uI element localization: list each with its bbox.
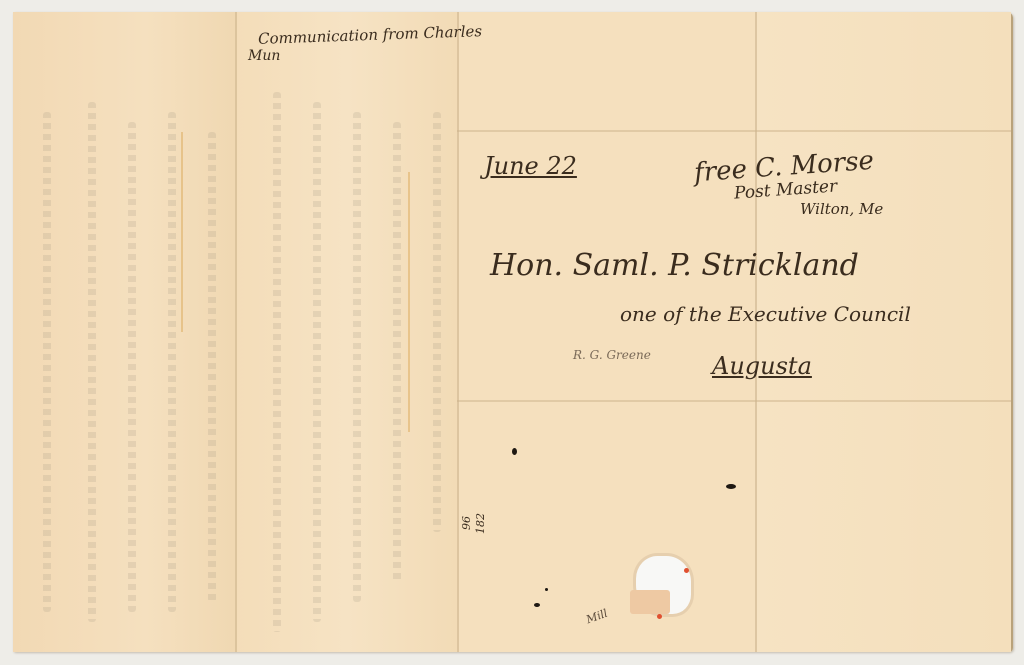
pencil-note: R. G. Greene: [573, 348, 651, 362]
fold-line: [457, 400, 1011, 402]
right-panel: [755, 12, 1011, 652]
bleed-through-text: [353, 112, 361, 602]
bleed-through-text: [313, 102, 321, 622]
archive-number-1: 96: [460, 516, 473, 530]
bleed-through-text: [273, 92, 281, 632]
letter-sheet: [13, 12, 1013, 652]
repair-patch: [630, 590, 670, 614]
bleed-through-text: [88, 102, 96, 622]
bleed-through-text: [128, 122, 136, 612]
date: June 22: [484, 152, 577, 180]
addressee-name: Hon. Saml. P. Strickland: [490, 248, 859, 283]
stain-line: [181, 132, 183, 332]
addressee-place: Augusta: [712, 352, 812, 380]
bleed-through-text: [208, 132, 216, 602]
ink-blot: [726, 484, 736, 489]
bleed-through-text: [433, 112, 441, 532]
bleed-through-text: [168, 112, 176, 612]
archive-number-2: 182: [474, 513, 487, 534]
red-seal-fragment: [684, 568, 689, 573]
docket-note-line2: Mun: [248, 48, 280, 64]
red-seal-fragment: [657, 614, 662, 619]
fold-line: [235, 12, 237, 652]
ink-blot: [512, 448, 517, 455]
bleed-through-text: [393, 122, 401, 582]
fold-line: [457, 130, 1011, 132]
ink-blot: [534, 603, 540, 607]
fold-line: [457, 12, 459, 652]
center-left-panel: [235, 12, 457, 652]
addressee-title: one of the Executive Council: [620, 302, 911, 326]
fold-line: [755, 12, 757, 652]
address-panel: [457, 12, 755, 652]
stain-line: [408, 172, 410, 432]
bleed-through-text: [43, 112, 51, 612]
frank-post-office: Wilton, Me: [800, 200, 883, 218]
ink-blot: [545, 588, 548, 591]
